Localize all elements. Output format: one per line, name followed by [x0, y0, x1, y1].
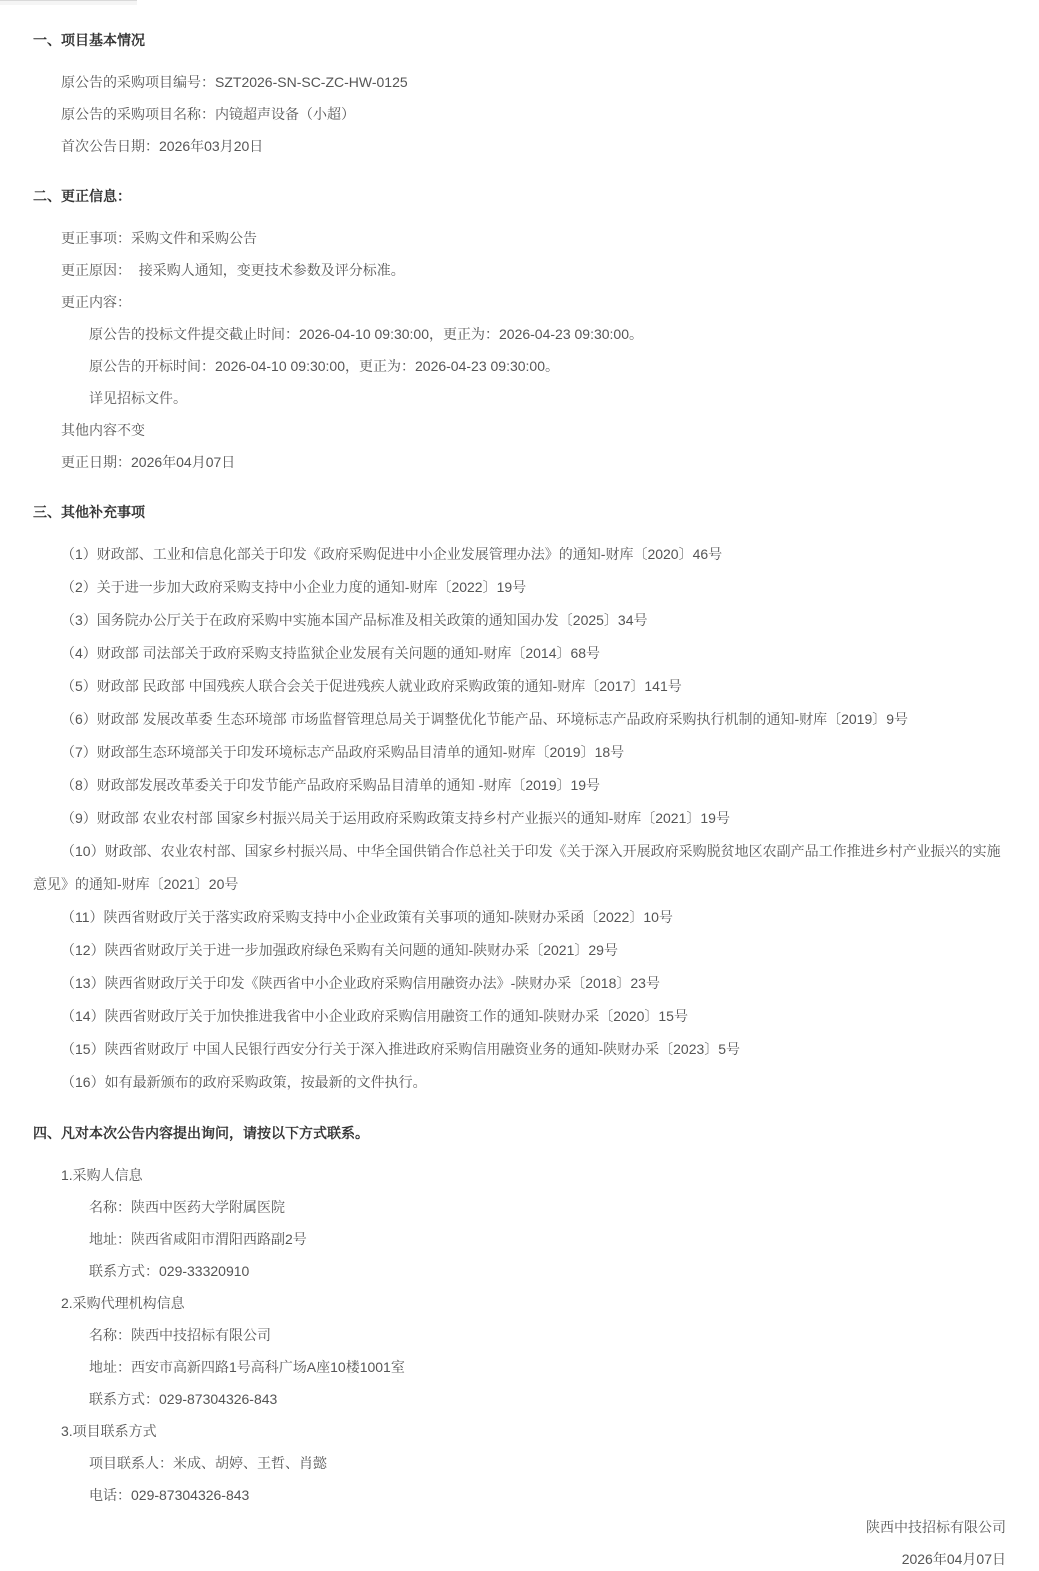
- original-project-number: 原公告的采购项目编号：SZT2026-SN-SC-ZC-HW-0125: [33, 66, 1006, 98]
- first-announcement-date: 首次公告日期：2026年03月20日: [33, 130, 1006, 162]
- supplement-item: （12）陕西省财政厅关于进一步加强政府绿色采购有关问题的通知-陕财办采〔2021…: [33, 934, 1006, 967]
- correction-reason: 更正原因： 接采购人通知，变更技术参数及评分标准。: [33, 254, 1006, 286]
- project-contact-heading: 3.项目联系方式: [33, 1415, 1006, 1447]
- project-contact-phone: 电话：029-87304326-843: [33, 1479, 1006, 1511]
- supplement-item: （5）财政部 民政部 中国残疾人联合会关于促进残疾人就业政府采购政策的通知-财库…: [33, 670, 1006, 703]
- cropped-top-bar: [0, 0, 137, 5]
- supplement-item: （13）陕西省财政厅关于印发《陕西省中小企业政府采购信用融资办法》-陕财办采〔2…: [33, 967, 1006, 1000]
- see-tender-documents-note: 详见招标文件。: [33, 382, 1006, 414]
- agency-address: 地址：西安市高新四路1号高科广场A座10楼1001室: [33, 1351, 1006, 1383]
- supplement-item: （2）关于进一步加大政府采购支持中小企业力度的通知-财库〔2022〕19号: [33, 571, 1006, 604]
- bid-submission-deadline-change: 原公告的投标文件提交截止时间：2026-04-10 09:30:00，更正为：2…: [33, 318, 1006, 350]
- supplement-item: （14）陕西省财政厅关于加快推进我省中小企业政府采购信用融资工作的通知-陕财办采…: [33, 1000, 1006, 1033]
- correction-date: 更正日期：2026年04月07日: [33, 446, 1006, 478]
- agency-phone: 联系方式：029-87304326-843: [33, 1383, 1006, 1415]
- signature-date: 2026年04月07日: [33, 1543, 1006, 1571]
- purchaser-phone: 联系方式：029-33320910: [33, 1255, 1006, 1287]
- other-content-unchanged-note: 其他内容不变: [33, 414, 1006, 446]
- correction-matter: 更正事项：采购文件和采购公告: [33, 222, 1006, 254]
- section-title-supplement: 三、其他补充事项: [33, 496, 1006, 528]
- project-contact-persons: 项目联系人：米成、胡婷、王哲、肖懿: [33, 1447, 1006, 1479]
- supplement-item: （6）财政部 发展改革委 生态环境部 市场监督管理总局关于调整优化节能产品、环境…: [33, 703, 1006, 736]
- supplement-item: （3）国务院办公厅关于在政府采购中实施本国产品标准及相关政策的通知国办发〔202…: [33, 604, 1006, 637]
- agency-info-heading: 2.采购代理机构信息: [33, 1287, 1006, 1319]
- original-project-name: 原公告的采购项目名称：内镜超声设备（小超）: [33, 98, 1006, 130]
- supplement-item: （15）陕西省财政厅 中国人民银行西安分行关于深入推进政府采购信用融资业务的通知…: [33, 1033, 1006, 1066]
- section-title-contact: 四、凡对本次公告内容提出询问，请按以下方式联系。: [33, 1117, 1006, 1149]
- supplement-item: （9）财政部 农业农村部 国家乡村振兴局关于运用政府采购政策支持乡村产业振兴的通…: [33, 802, 1006, 835]
- supplement-item: （7）财政部生态环境部关于印发环境标志产品政府采购品目清单的通知-财库〔2019…: [33, 736, 1006, 769]
- supplement-item: （11）陕西省财政厅关于落实政府采购支持中小企业政策有关事项的通知-陕财办采函〔…: [33, 901, 1006, 934]
- supplement-item: （1）财政部、工业和信息化部关于印发《政府采购促进中小企业发展管理办法》的通知-…: [33, 538, 1006, 571]
- supplement-item: （8）财政部发展改革委关于印发节能产品政府采购品目清单的通知 -财库〔2019〕…: [33, 769, 1006, 802]
- correction-content-label: 更正内容：: [33, 286, 1006, 318]
- section-title-correction-info: 二、更正信息：: [33, 180, 1006, 212]
- supplement-item: （10）财政部、农业农村部、国家乡村振兴局、中华全国供销合作总社关于印发《关于深…: [33, 835, 1006, 901]
- supplement-item: （16）如有最新颁布的政府采购政策，按最新的文件执行。: [33, 1066, 1006, 1099]
- bid-opening-time-change: 原公告的开标时间：2026-04-10 09:30:00，更正为：2026-04…: [33, 350, 1006, 382]
- announcement-document: 一、项目基本情况 原公告的采购项目编号：SZT2026-SN-SC-ZC-HW-…: [0, 0, 1039, 1571]
- supplement-item: （4）财政部 司法部关于政府采购支持监狱企业发展有关问题的通知-财库〔2014〕…: [33, 637, 1006, 670]
- purchaser-name: 名称：陕西中医药大学附属医院: [33, 1191, 1006, 1223]
- purchaser-info-heading: 1.采购人信息: [33, 1159, 1006, 1191]
- purchaser-address: 地址：陕西省咸阳市渭阳西路副2号: [33, 1223, 1006, 1255]
- signature-company: 陕西中技招标有限公司: [33, 1511, 1006, 1543]
- agency-name: 名称：陕西中技招标有限公司: [33, 1319, 1006, 1351]
- section-title-basic-info: 一、项目基本情况: [33, 24, 1006, 56]
